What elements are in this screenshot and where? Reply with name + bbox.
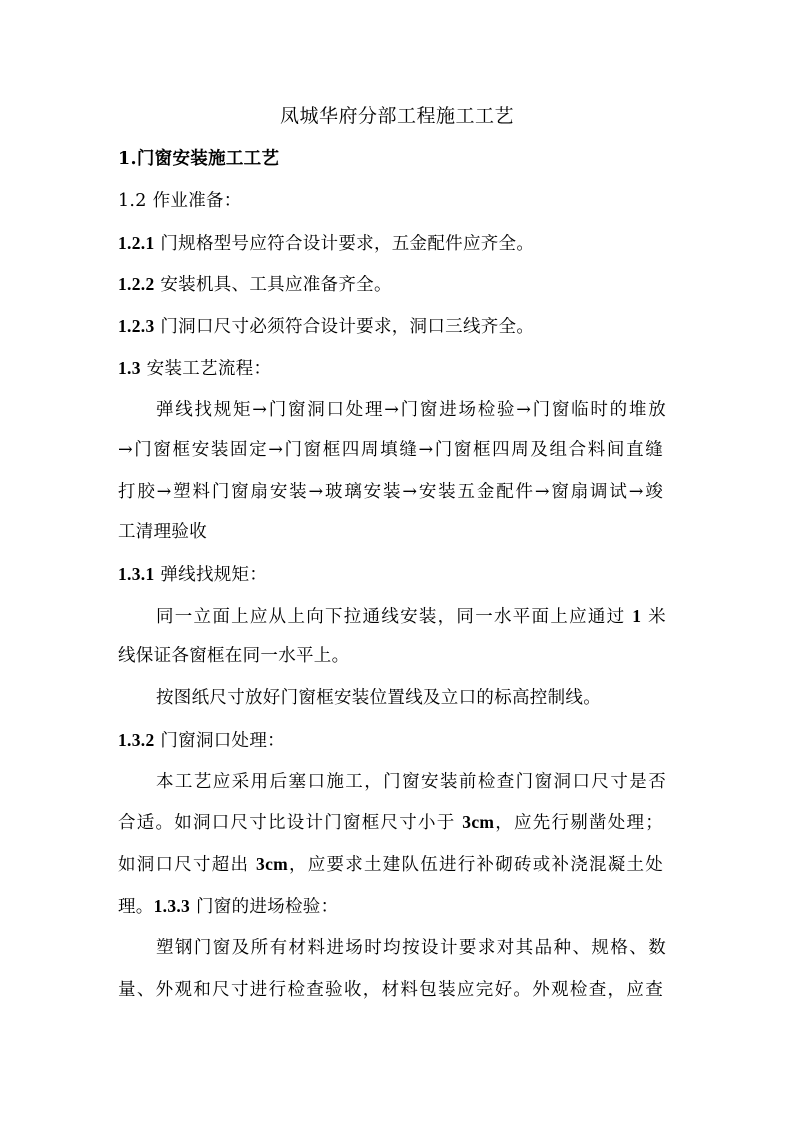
section-text: 安装工艺流程： (141, 359, 271, 379)
flow-line: 弹线找规矩→门窗洞口处理→门窗进场检验→门窗临时的堆放 (156, 398, 666, 422)
section-1-3-2-heading: 1.3.2 门窗洞口处理： (118, 728, 663, 753)
item-text: 门规格型号应符合设计要求，五金配件应齐全。 (155, 234, 535, 254)
item-text: 安装机具、工具应准备齐全。 (155, 275, 392, 295)
section-text: 门窗的进场检验： (190, 897, 338, 917)
item-number: 1.2.3 (118, 316, 155, 336)
section-number: 1.3.3 (154, 896, 191, 916)
item-1-2-1: 1.2.1 门规格型号应符合设计要求，五金配件应齐全。 (118, 231, 663, 256)
item-number: 1.2.2 (118, 274, 155, 294)
text-segment: ，应先行剔凿处理； (494, 813, 663, 833)
paragraph-line: 如洞口尺寸超出 3cm，应要求土建队伍进行补砌砖或补浇混凝土处 (118, 852, 663, 877)
paragraph-line: 理。1.3.3 门窗的进场检验： (118, 894, 663, 919)
section-1-2-heading: 1.2 作业准备： (118, 189, 663, 213)
section-1-3-heading: 1.3 安装工艺流程： (118, 356, 663, 381)
paragraph-line: 本工艺应采用后塞口施工，门窗安装前检查门窗洞口尺寸是否 (156, 770, 666, 794)
paragraph-line: 同一立面上应从上向下拉通线安装，同一水平面上应通过 1 米 (156, 604, 666, 629)
paragraph-line: 塑钢门窗及所有材料进场时均按设计要求对其品种、规格、数 (156, 936, 666, 960)
section-number: 1.3.2 (118, 730, 155, 750)
number-segment: 3cm (256, 854, 288, 874)
item-1-2-2: 1.2.2 安装机具、工具应准备齐全。 (118, 272, 663, 297)
number-segment: 3cm (462, 812, 494, 832)
heading-1: 1.门窗安装施工工艺 (118, 147, 663, 171)
flow-line: →门窗框安装固定→门窗框四周填缝→门窗框四周及组合料间直缝 (118, 438, 663, 462)
section-number: 1.3.1 (118, 564, 155, 584)
section-text: 门窗洞口处理： (155, 731, 285, 751)
text-segment: 米 (641, 607, 666, 627)
section-text: 弹线找规矩： (155, 565, 268, 585)
document-page: 凤城华府分部工程施工工艺 1.门窗安装施工工艺 1.2 作业准备： 1.2.1 … (0, 0, 794, 1123)
text-segment: 合适。如洞口尺寸比设计门窗框尺寸小于 (118, 813, 462, 833)
paragraph-line: 线保证各窗框在同一水平上。 (118, 644, 663, 668)
section-1-3-1-heading: 1.3.1 弹线找规矩： (118, 562, 663, 587)
section-number: 1.3 (118, 358, 141, 378)
text-segment: 同一立面上应从上向下拉通线安装，同一水平面上应通过 (156, 607, 632, 627)
text-segment: ，应要求土建队伍进行补砌砖或补浇混凝土处 (288, 855, 663, 875)
paragraph-line: 按图纸尺寸放好门窗框安装位置线及立口的标高控制线。 (156, 686, 666, 710)
text-segment: 理。 (118, 897, 154, 917)
paragraph-line: 合适。如洞口尺寸比设计门窗框尺寸小于 3cm，应先行剔凿处理； (118, 810, 663, 835)
item-text: 门洞口尺寸必须符合设计要求，洞口三线齐全。 (155, 317, 535, 337)
text-segment: 如洞口尺寸超出 (118, 855, 256, 875)
flow-line: 工清理验收 (118, 520, 663, 544)
item-number: 1.2.1 (118, 233, 155, 253)
flow-line: 打胶→塑料门窗扇安装→玻璃安装→安装五金配件→窗扇调试→竣 (118, 480, 663, 504)
paragraph-line: 量、外观和尺寸进行检查验收，材料包装应完好。外观检查，应查 (118, 978, 663, 1002)
number-segment: 1 (632, 606, 641, 626)
item-1-2-3: 1.2.3 门洞口尺寸必须符合设计要求，洞口三线齐全。 (118, 314, 663, 339)
document-title: 凤城华府分部工程施工工艺 (0, 104, 794, 128)
